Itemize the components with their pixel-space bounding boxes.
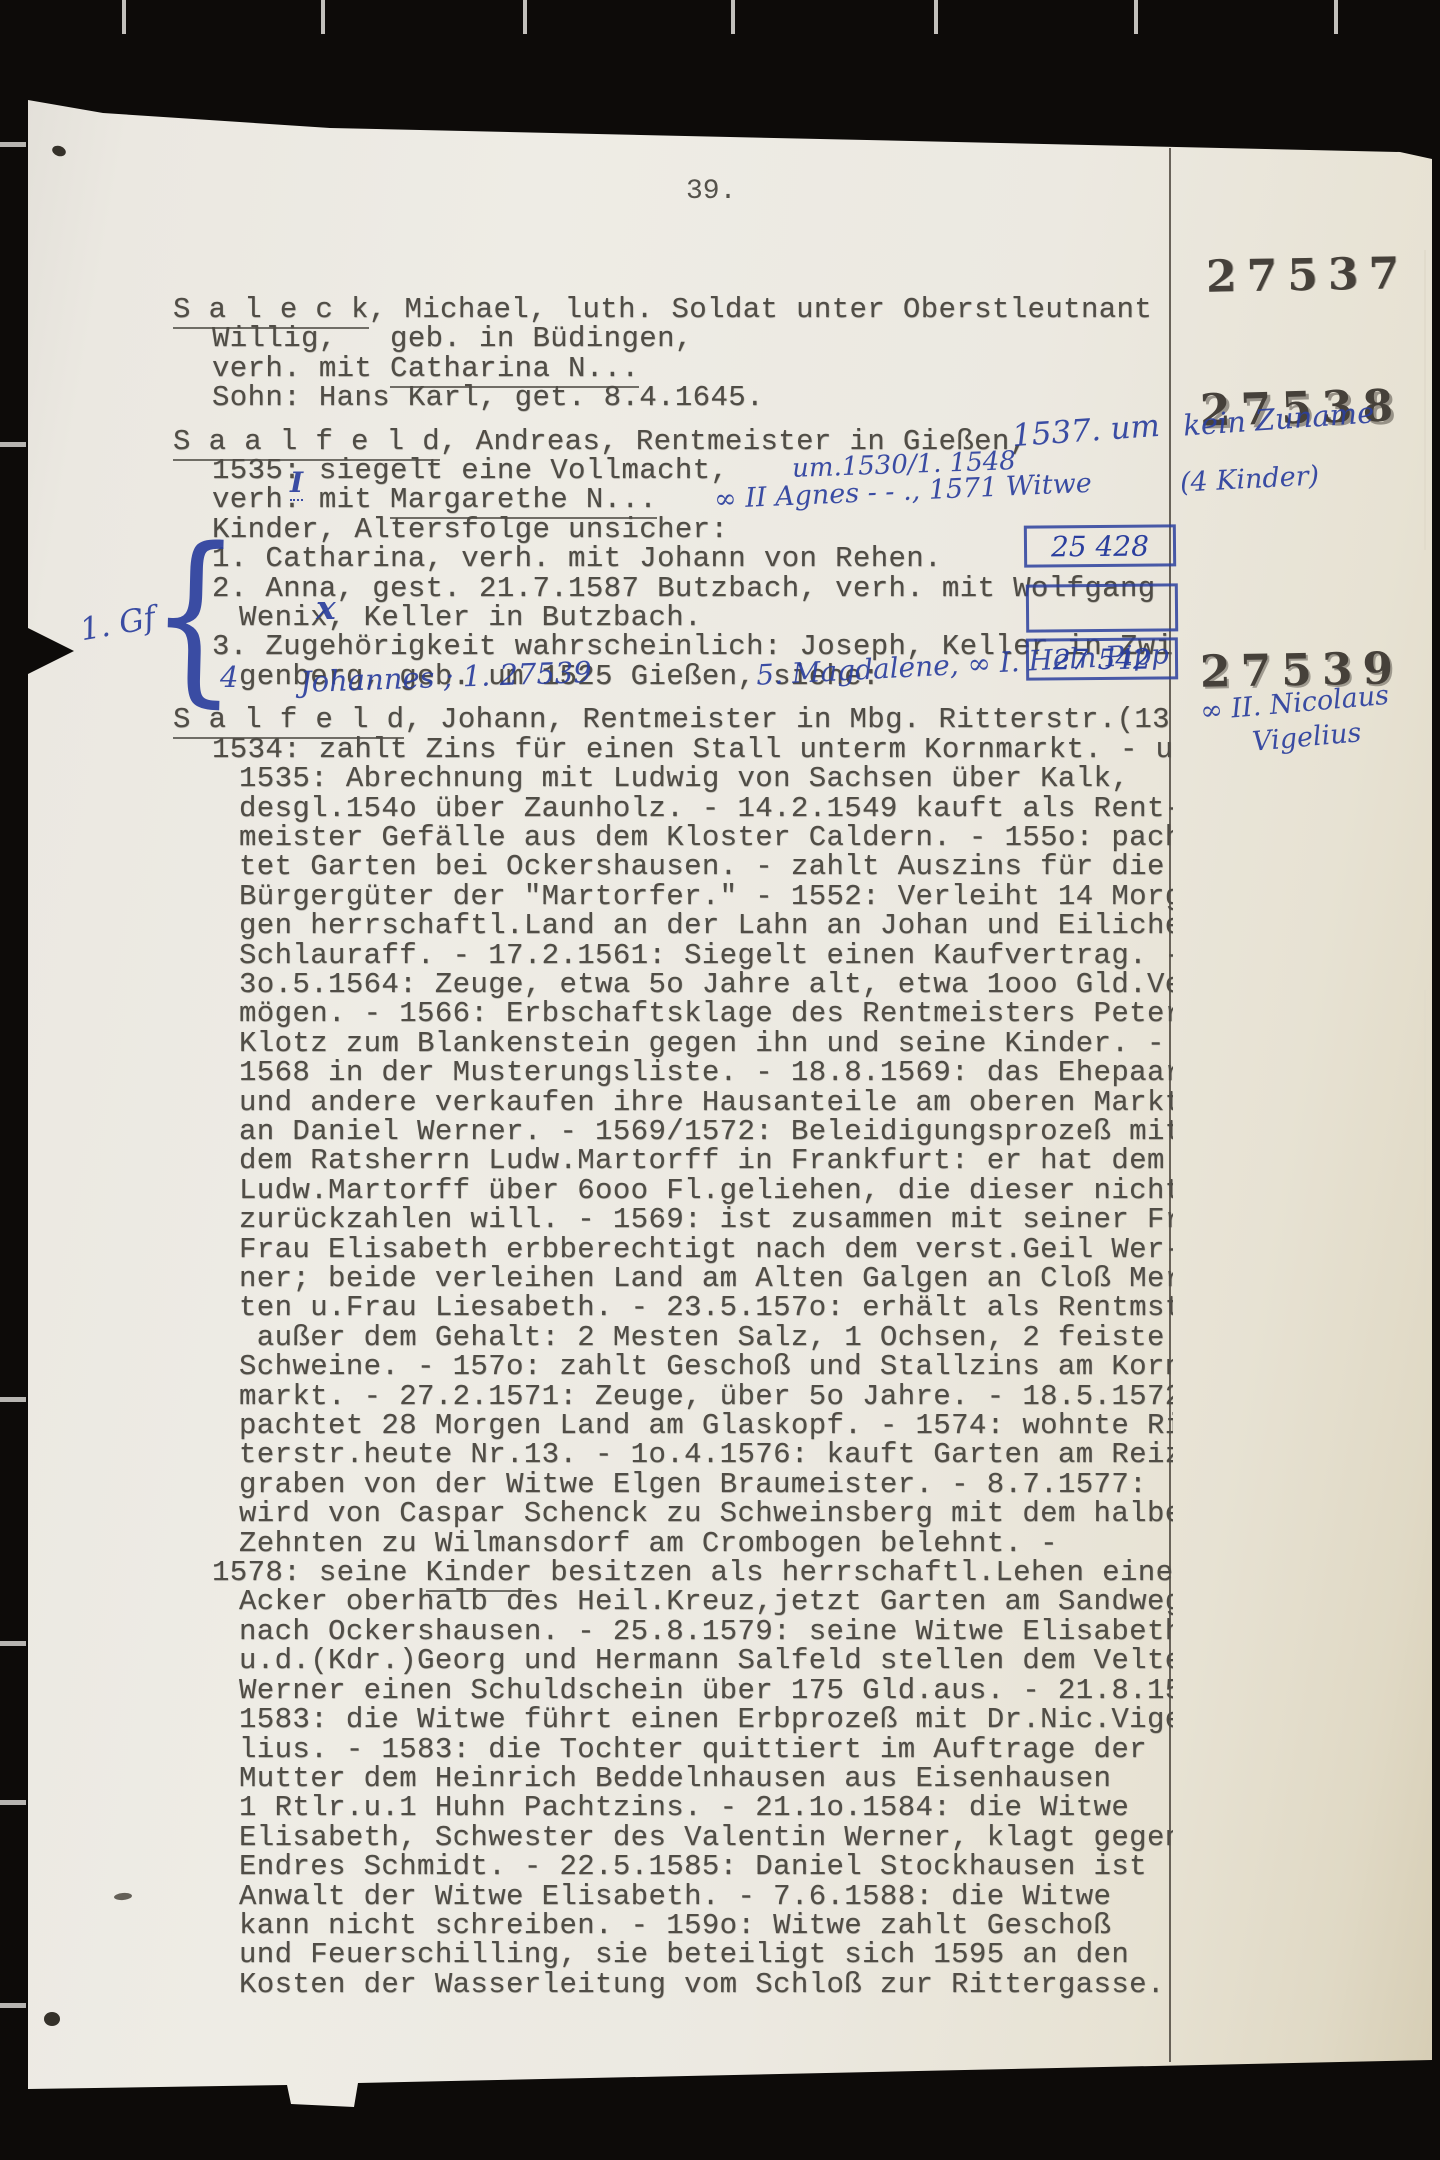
film-tick	[321, 0, 325, 34]
typed-line: zurückzahlen will. - 1569: ist zusammen …	[173, 1205, 1173, 1234]
film-dash	[0, 142, 26, 147]
stamp-number-27537: 27537	[1206, 248, 1410, 303]
handwritten-x-mark: x	[316, 588, 336, 627]
typed-line: außer dem Gehalt: 2 Mesten Salz, 1 Ochse…	[173, 1323, 1173, 1352]
typed-line: 1568 in der Musterungsliste. - 18.8.1569…	[173, 1058, 1173, 1087]
paper-edge-highlight	[1424, 250, 1426, 550]
typed-line: Schlauraff. - 17.2.1561: Siegelt einen K…	[173, 941, 1173, 970]
typed-line: Schweine. - 157o: zahlt Geschoß und Stal…	[173, 1352, 1173, 1381]
typed-line: und Feuerschilling, sie beteiligt sich 1…	[173, 1940, 1173, 1969]
typed-line: Bürgergüter der "Martorfer." - 1552: Ver…	[173, 882, 1173, 911]
film-tick	[1334, 0, 1338, 34]
film-tick	[1134, 0, 1138, 34]
typed-line: Zehnten zu Wilmansdorf am Crombogen bele…	[173, 1529, 1173, 1558]
typed-line: Kosten der Wasserleitung vom Schloß zur …	[173, 1970, 1173, 1999]
handwritten-insert-mark: I	[290, 466, 303, 501]
typed-line: S a l e c k, Michael, luth. Soldat unter…	[173, 295, 1173, 324]
reference-box: 25 428	[1024, 524, 1176, 567]
reference-box-empty	[1026, 583, 1178, 632]
typed-line: markt. - 27.2.1571: Zeuge, über 5o Jahre…	[173, 1382, 1173, 1411]
typed-line: 1578: seine Kinder besitzen als herrscha…	[173, 1558, 1173, 1587]
typed-line: 1534: zahlt Zins für einen Stall unterm …	[173, 735, 1173, 764]
typed-line: und andere verkaufen ihre Hausanteile am…	[173, 1088, 1173, 1117]
film-dash	[0, 2003, 26, 2008]
typed-line: meister Gefälle aus dem Kloster Caldern.…	[173, 823, 1173, 852]
typed-line: ner; beide verleihen Land am Alten Galge…	[173, 1264, 1173, 1293]
typed-line: tet Garten bei Ockershausen. - zahlt Aus…	[173, 852, 1173, 881]
film-dash	[0, 1397, 26, 1402]
film-tick	[934, 0, 938, 34]
typed-line: Sohn: Hans Karl, get. 8.4.1645.	[173, 383, 1173, 412]
typed-line: pachtet 28 Morgen Land am Glaskopf. - 15…	[173, 1411, 1173, 1440]
typed-line: Werner einen Schuldschein über 175 Gld.a…	[173, 1676, 1173, 1705]
film-dash	[0, 1800, 26, 1805]
typed-line: 1535: Abrechnung mit Ludwig von Sachsen …	[173, 764, 1173, 793]
typed-line: an Daniel Werner. - 1569/1572: Beleidigu…	[173, 1117, 1173, 1146]
typed-line: Acker oberhalb des Heil.Kreuz,jetzt Gart…	[173, 1587, 1173, 1616]
typed-line: 1. Catharina, verh. mit Johann von Rehen…	[173, 544, 1173, 573]
typed-line: graben von der Witwe Elgen Braumeister. …	[173, 1470, 1173, 1499]
film-tick	[122, 0, 126, 34]
typed-line: Mutter dem Heinrich Beddelnhausen aus Ei…	[173, 1764, 1173, 1793]
film-dash	[0, 1641, 26, 1646]
typed-line: S a l f e l d, Johann, Rentmeister in Mb…	[173, 705, 1173, 734]
typed-line: desgl.154o über Zaunholz. - 14.2.1549 ka…	[173, 794, 1173, 823]
typed-line: Frau Elisabeth erbberechtigt nach dem ve…	[173, 1235, 1173, 1264]
film-tick	[523, 0, 527, 34]
typed-line: 1 Rtlr.u.1 Huhn Pachtzins. - 21.1o.1584:…	[173, 1793, 1173, 1822]
typed-line: wird von Caspar Schenck zu Schweinsberg …	[173, 1499, 1173, 1528]
handwritten-annotation: 4	[220, 660, 238, 694]
typed-line: Willig, geb. in Büdingen,	[173, 324, 1173, 353]
film-tick	[731, 0, 735, 34]
typed-line: 1583: die Witwe führt einen Erbprozeß mi…	[173, 1705, 1173, 1734]
typed-line: Anwalt der Witwe Elisabeth. - 7.6.1588: …	[173, 1882, 1173, 1911]
typed-line: Ludw.Martorff über 6ooo Fl.geliehen, die…	[173, 1176, 1173, 1205]
typed-line: verh. mit Catharina N...	[173, 354, 1173, 383]
paper-speck	[44, 2012, 60, 2026]
reference-number: 25 428	[1051, 529, 1149, 563]
typed-text-block: S a l e c k, Michael, luth. Soldat unter…	[173, 295, 1173, 2035]
typed-line: terstr.heute Nr.13. - 1o.4.1576: kauft G…	[173, 1440, 1173, 1469]
paper-edge-highlight	[1424, 990, 1426, 1340]
typed-line: u.d.(Kdr.)Georg und Hermann Salfeld stel…	[173, 1646, 1173, 1675]
typed-line: ten u.Frau Liesabeth. - 23.5.157o: erhäl…	[173, 1293, 1173, 1322]
microfilm-scan: { "document": { "kind": "typewritten arc…	[0, 0, 1440, 2160]
typed-line: nach Ockershausen. - 25.8.1579: seine Wi…	[173, 1617, 1173, 1646]
typed-line: Endres Schmidt. - 22.5.1585: Daniel Stoc…	[173, 1852, 1173, 1881]
typed-line: lius. - 1583: die Tochter quittiert im A…	[173, 1735, 1173, 1764]
typed-line: 3o.5.1564: Zeuge, etwa 5o Jahre alt, etw…	[173, 970, 1173, 999]
typed-line: dem Ratsherrn Ludw.Martorff in Frankfurt…	[173, 1146, 1173, 1175]
page-number: 39.	[686, 176, 736, 207]
typed-line: gen herrschaftl.Land an der Lahn an Joha…	[173, 911, 1173, 940]
typed-line: Elisabeth, Schwester des Valentin Werner…	[173, 1823, 1173, 1852]
film-dash	[0, 442, 26, 447]
typed-line: kann nicht schreiben. - 159o: Witwe zahl…	[173, 1911, 1173, 1940]
typed-line: Klotz zum Blankenstein gegen ihn und sei…	[173, 1029, 1173, 1058]
typed-line: mögen. - 1566: Erbschaftsklage des Rentm…	[173, 999, 1173, 1028]
